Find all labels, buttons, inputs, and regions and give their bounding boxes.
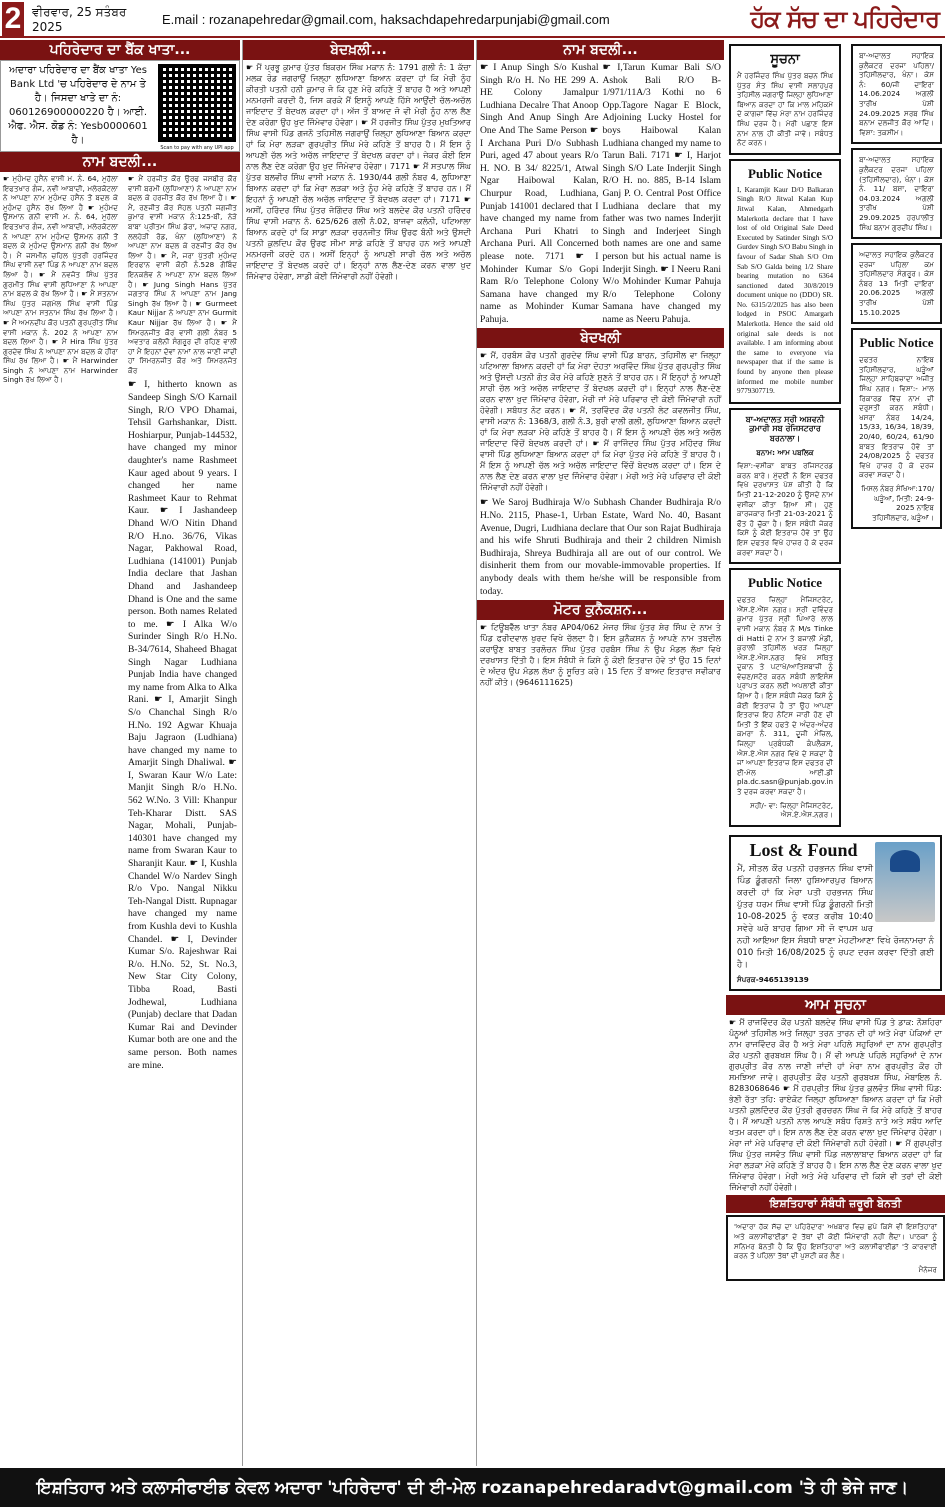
public-notice-text: ਦਫਤਰ ਜ਼ਿਲ੍ਹਾ ਮੈਜਿਸਟਰੇਟ, ਐੱਸ.ਏ.ਐੱਸ ਨਗਰ। ਸ… bbox=[734, 593, 836, 798]
right-column: ਸੂਚਨਾ ਮੈਂ ਹਰਜਿੰਦਰ ਸਿੰਘ ਪੁੱਤਰ ਬਚਨ ਸਿੰਘ ਪੁ… bbox=[726, 40, 945, 1466]
government-notice-text: ਬਾ-ਅਦਾਲਤ ਸਹਾਇਕ ਕੁਲੈਕਟਰ ਦਰਜਾ ਪਹਿਲਾ/ਤਹਿਸੀਲ… bbox=[856, 49, 937, 139]
section-title-aam-soochna: ਆਮ ਸੂਚਨਾ bbox=[726, 995, 945, 1015]
disclaimer-box: 'ਅਦਾਰਾ ਹੱਕ ਸੱਚ ਦਾ ਪਹਿਰੇਦਾਰ' ਅਖ਼ਬਾਰ ਵਿਚ ਛ… bbox=[726, 1215, 945, 1281]
section-title-bedakhli-mid: ਬੇਦਖਲੀ bbox=[477, 328, 724, 348]
classified-column: ☛ ਮੁਹੰਮਦ ਹੁਸੈਨ ਵਾਸੀ ਮ. ਨੰ. 64, ਮੁਹੱਲਾ ਇਫ… bbox=[0, 172, 121, 1074]
section-title-ads-notice: ਇਸ਼ਤਿਹਾਰਾਂ ਸੰਬੰਧੀ ਜ਼ਰੂਰੀ ਬੇਨਤੀ bbox=[726, 1195, 945, 1213]
classified-english: ☛ I, hitherto known as Sandeep Singh S/O… bbox=[125, 377, 240, 1074]
missing-person-photo bbox=[875, 842, 935, 922]
public-notice-box: Public Notice I, Karamjit Kaur D/O Balka… bbox=[729, 159, 841, 404]
issue-date: ਵੀਰਵਾਰ, 25 ਸਤੰਬਰ 2025 bbox=[32, 5, 152, 34]
qr-code-icon[interactable] bbox=[158, 64, 236, 142]
government-notice-text: ਬਾ-ਅਦਾਲਤ ਸਹਾਇਕ ਕੁਲੈਕਟਰ ਦਰਜਾ ਪਹਿਲਾ (ਤਹਿਸੀ… bbox=[856, 153, 937, 234]
disinherit-english: ☛ We Saroj Budhiraja W/o Subhash Chander… bbox=[477, 495, 724, 600]
court-notice-box: ਬਾ-ਅਦਾਲਤ ਸ੍ਰੀ ਅਸ਼ਵਨੀ ਕੁਮਾਰੀ ਸਬ ਰਜਿਸਟਰਾਰ … bbox=[729, 408, 841, 564]
contact-email: E.mail : rozanapehredar@gmail.com, haksa… bbox=[162, 12, 750, 27]
section-title-naam-badli-en: ਨਾਮ ਬਦਲੀ... bbox=[477, 40, 724, 60]
name-change-english-right: ☛ I,Tarun Kumar Bali S/O Ashok Bali R/O … bbox=[603, 62, 722, 326]
masthead: 2 ਵੀਰਵਾਰ, 25 ਸਤੰਬਰ 2025 E.mail : rozanap… bbox=[0, 0, 945, 38]
left-column: ਪਹਿਰੇਦਾਰ ਦਾ ਬੈਂਕ ਖਾਤਾ... ਅਦਾਰਾ ਪਹਿਰੇਦਾਰ … bbox=[0, 40, 240, 1466]
lost-found-contact: ਸੰਪਰਕ-9465139139 bbox=[734, 973, 937, 987]
general-notice-text: ☛ ਮੈਂ ਰਾਜਵਿੰਦਰ ਕੌਰ ਪਤਨੀ ਬਲਦੇਵ ਸਿੰਘ ਵਾਸੀ … bbox=[726, 1015, 945, 1195]
public-notice-title: Public Notice bbox=[734, 166, 836, 182]
public-notice-box: Public Notice ਦਫਤਰ ਨਾਇਬ ਤਹਿਸੀਲਦਾਰ, ਘੜੂੰਆ… bbox=[851, 328, 942, 529]
government-notice-box: ਅਦਾਲਤ ਸਹਾਇਕ ਕੁਲੈਕਟਰ ਦਰਜਾ ਪਹਿਲਾ ਕਮ ਤਹਿਸੀਲ… bbox=[851, 243, 942, 324]
soochna-title: ਸੂਚਨਾ bbox=[734, 51, 836, 67]
disclaimer-sign: ਮੈਨੇਜਰ bbox=[731, 1263, 940, 1277]
bank-title: ਪਹਿਰੇਦਾਰ ਦਾ ਬੈਂਕ ਖਾਤਾ... bbox=[0, 40, 240, 60]
middle-column: ਬੇਦਖ਼ਲੀ... ☛ ਮੈਂ ਪ੍ਰਭੂ ਕੁਮਾਰ ਪੁੱਤਰ ਬਿਕਰਮ… bbox=[242, 40, 474, 1466]
name-change-english-left: ☛ I Anup Singh S/o Kushal Singh R/o H. N… bbox=[480, 62, 599, 326]
government-notice-box: ਬਾ-ਅਦਾਲਤ ਸਹਾਇਕ ਕੁਲੈਕਟਰ ਦਰਜਾ ਪਹਿਲਾ (ਤਹਿਸੀ… bbox=[851, 148, 942, 239]
header-rule bbox=[0, 36, 945, 38]
bank-account-text: ਅਦਾਰਾ ਪਹਿਰੇਦਾਰ ਦਾ ਬੈਂਕ ਖਾਤਾ Yes Bank Ltd… bbox=[1, 61, 155, 151]
section-title-bedakhli: ਬੇਦਖ਼ਲੀ... bbox=[243, 40, 474, 60]
qr-caption: Scan to pay with any UPI app bbox=[155, 145, 239, 151]
bank-account-box: ਅਦਾਰਾ ਪਹਿਰੇਦਾਰ ਦਾ ਬੈਂਕ ਖਾਤਾ Yes Bank Ltd… bbox=[0, 60, 240, 152]
soochna-box: ਸੂਚਨਾ ਮੈਂ ਹਰਜਿੰਦਰ ਸਿੰਘ ਪੁੱਤਰ ਬਚਨ ਸਿੰਘ ਪੁ… bbox=[729, 44, 841, 155]
lost-and-found-box: Lost & Found ਮੈਂ, ਸੀਤਲ ਕੌਰ ਪਤਨੀ ਹਰਭਜਨ ਸਿ… bbox=[729, 835, 942, 992]
newspaper-logo: ਹੱਕ ਸੱਚ ਦਾ ਪਹਿਰੇਦਾਰ bbox=[750, 5, 939, 33]
center-right-column: ਨਾਮ ਬਦਲੀ... ☛ I Anup Singh S/o Kushal Si… bbox=[476, 40, 724, 1466]
meter-connection-notice: ☛ ਟਿਊਬਵੈੱਲ ਖਾਤਾ ਨੰਬਰ AP04/062 ਮੇਜਰ ਸਿੰਘ … bbox=[477, 620, 724, 690]
court-text: ਵਿਸ਼ਾ:-ਵਸੀਕਾ ਬਾਬਤ ਰਜਿਸਟਰਡ ਕਰਨ ਬਾਰੇ। ਮੁੱਦ… bbox=[734, 459, 836, 559]
classified-column: ☛ ਮੈਂ ਹਰਜੀਤ ਕੌਰ ਉਰਫ ਜਸਬੀਰ ਕੌਰ ਵਾਸੀ ਬਰਮੀ … bbox=[125, 172, 240, 377]
signature: ਮਿਸਲ ਨੰਬਰ ਸੰਖਿਆ:170/ਘੜੂੰਆਂ, ਮਿਤੀ: 24-9-2… bbox=[856, 482, 937, 524]
soochna-text: ਮੈਂ ਹਰਜਿੰਦਰ ਸਿੰਘ ਪੁੱਤਰ ਬਚਨ ਸਿੰਘ ਪੁੱਤਰ ਸੰ… bbox=[734, 69, 836, 150]
footer-banner: ਇਸ਼ਤਿਹਾਰ ਅਤੇ ਕਲਾਸੀਫਾਈਡ ਕੇਵਲ ਅਦਾਰਾ 'ਪਹਿਰੇ… bbox=[0, 1468, 945, 1507]
logo-accent-text: ਦਾ ਪਹਿਰੇਦਾਰ bbox=[824, 5, 939, 33]
government-notice-text: ਅਦਾਲਤ ਸਹਾਇਕ ਕੁਲੈਕਟਰ ਦਰਜਾ ਪਹਿਲਾ ਕਮ ਤਹਿਸੀਲ… bbox=[856, 248, 937, 319]
section-title-naam-badli: ਨਾਮ ਬਦਲੀ... bbox=[0, 152, 240, 172]
court-subtitle: ਬਨਾਮ: ਆਮ ਪਬਲਿਕ bbox=[734, 446, 836, 460]
public-notice-box: Public Notice ਦਫਤਰ ਜ਼ਿਲ੍ਹਾ ਮੈਜਿਸਟਰੇਟ, ਐੱ… bbox=[729, 568, 841, 827]
disclaimer-text: 'ਅਦਾਰਾ ਹੱਕ ਸੱਚ ਦਾ ਪਹਿਰੇਦਾਰ' ਅਖ਼ਬਾਰ ਵਿਚ ਛ… bbox=[731, 1220, 940, 1262]
government-notice-box: ਬਾ-ਅਦਾਲਤ ਸਹਾਇਕ ਕੁਲੈਕਟਰ ਦਰਜਾ ਪਹਿਲਾ/ਤਹਿਸੀਲ… bbox=[851, 44, 942, 144]
bedakhli-notices: ☛ ਮੈਂ, ਹਰਬੰਸ ਕੌਰ ਪਤਨੀ ਗੁਰਦੇਵ ਸਿੰਘ ਵਾਸੀ ਪ… bbox=[477, 348, 724, 495]
public-notice-title: Public Notice bbox=[734, 575, 836, 591]
page-number: 2 bbox=[2, 2, 24, 36]
bedakhli-notices: ☛ ਮੈਂ ਪ੍ਰਭੂ ਕੁਮਾਰ ਪੁੱਤਰ ਬਿਕਰਮ ਸਿੰਘ ਮਕਾਨ … bbox=[243, 60, 474, 284]
public-notice-text: ਦਫਤਰ ਨਾਇਬ ਤਹਿਸੀਲਦਾਰ, ਘੜੂੰਆਂ ਜਿਲ੍ਹਾ ਸਾਹਿਬ… bbox=[856, 353, 937, 482]
section-title-meter: ਮੋਟਰ ਕੁਨੈਕਸ਼ਨ... bbox=[477, 600, 724, 620]
signature: ਸਹੀ/- ਵਾ: ਜ਼ਿਲ੍ਹਾ ਮੈਜਿਸਟਰੇਟ, ਐਸ.ਏ.ਐਸ.ਨਗਰ… bbox=[734, 799, 836, 822]
logo-text: ਹੱਕ ਸੱਚ bbox=[750, 5, 824, 33]
court-title: ਬਾ-ਅਦਾਲਤ ਸ੍ਰੀ ਅਸ਼ਵਨੀ ਕੁਮਾਰੀ ਸਬ ਰਜਿਸਟਰਾਰ … bbox=[734, 413, 836, 446]
public-notice-title: Public Notice bbox=[856, 335, 937, 351]
public-notice-text: I, Karamjit Kaur D/O Balkaran Singh R/O … bbox=[734, 184, 836, 399]
